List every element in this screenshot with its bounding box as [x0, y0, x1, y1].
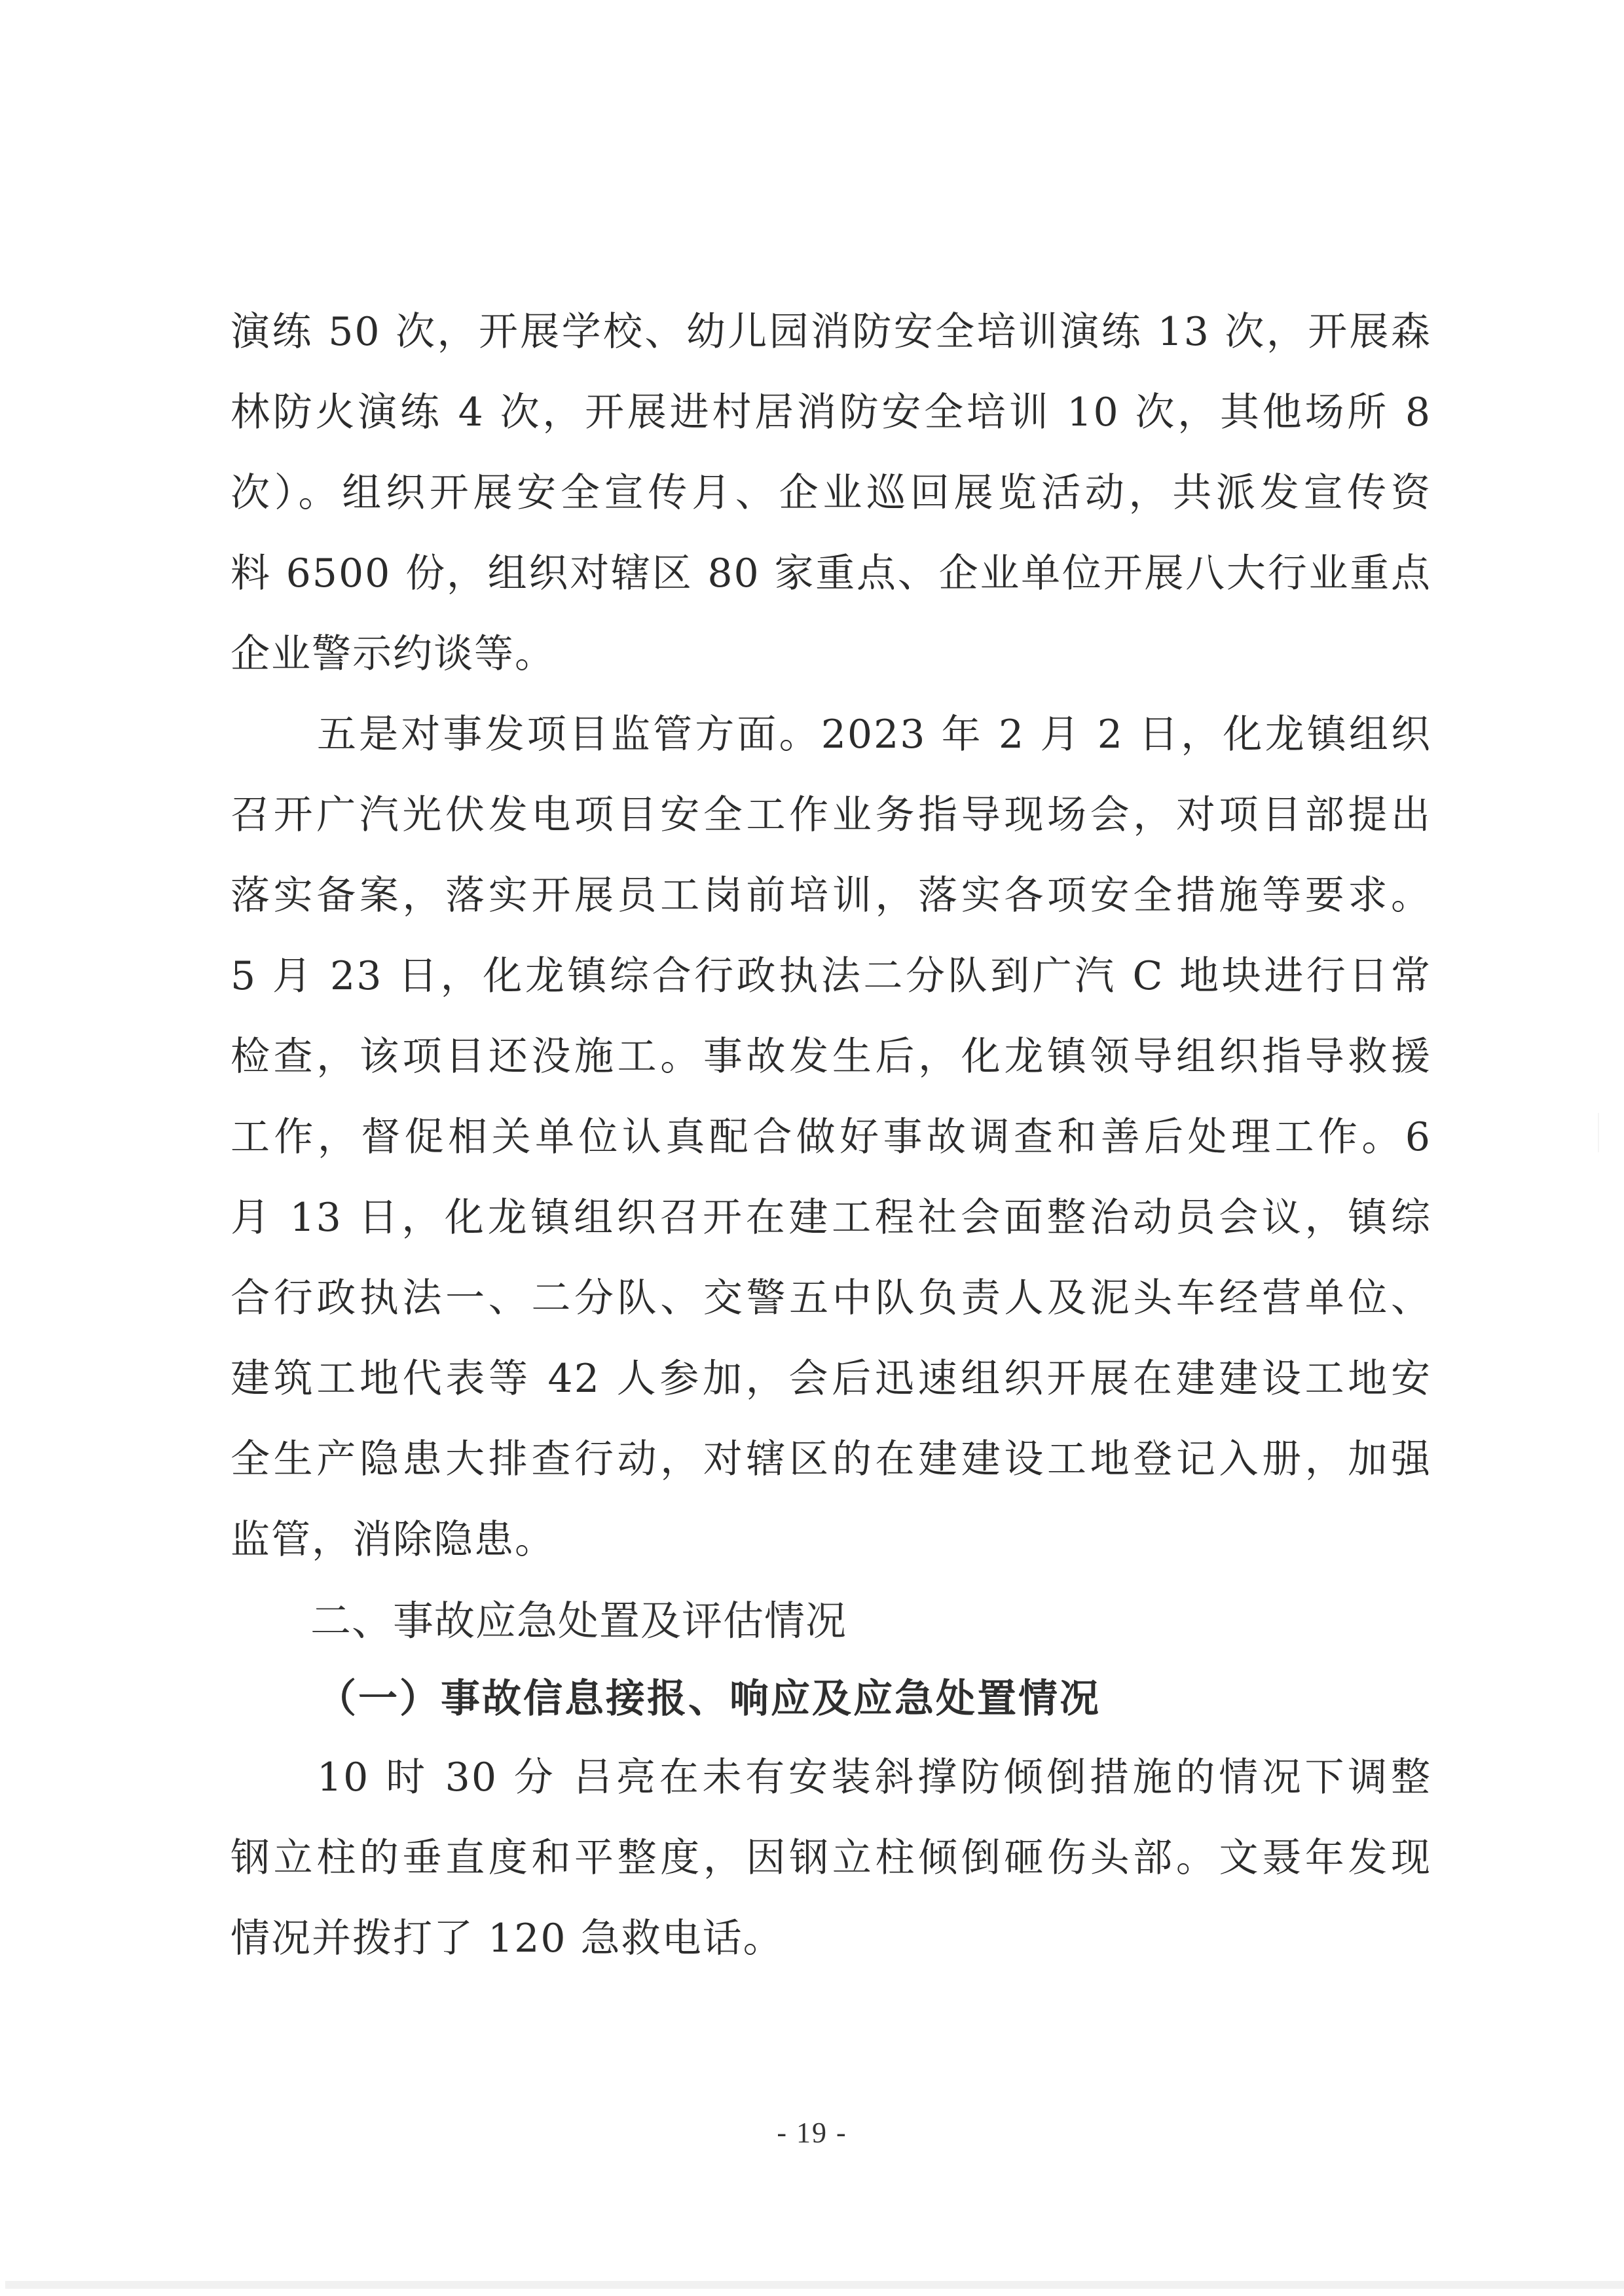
text-line: 工作，督促相关单位认真配合做好事故调查和善后处理工作。6	[231, 1097, 1431, 1178]
text-line: 演练 50 次，开展学校、幼儿园消防安全培训演练 13 次，开展森	[231, 292, 1431, 373]
text-line: 全生产隐患大排查行动，对辖区的在建建设工地登记入册，加强	[231, 1419, 1431, 1500]
text-line: 合行政执法一、二分队、交警五中队负责人及泥头车经营单位、	[231, 1258, 1431, 1339]
text-line: 10 时 30 分 吕亮在未有安装斜撑防倾倒措施的情况下调整	[231, 1738, 1431, 1818]
text-line: 月 13 日，化龙镇组织召开在建工程社会面整治动员会议，镇综	[231, 1178, 1431, 1258]
document-page: 演练 50 次，开展学校、幼儿园消防安全培训演练 13 次，开展森 林防火演练 …	[0, 0, 1624, 2296]
text-line: 钢立柱的垂直度和平整度，因钢立柱倾倒砸伤头部。文聂年发现	[231, 1818, 1431, 1899]
scan-edge-strip	[5, 2281, 1624, 2289]
text-line: 林防火演练 4 次，开展进村居消防安全培训 10 次，其他场所 8	[231, 373, 1431, 453]
paragraph-drill-statistics: 演练 50 次，开展学校、幼儿园消防安全培训演练 13 次，开展森 林防火演练 …	[231, 292, 1431, 695]
text-line: 情况并拨打了 120 急救电话。	[231, 1899, 1431, 1979]
text-line: 料 6500 份，组织对辖区 80 家重点、企业单位开展八大行业重点	[231, 534, 1431, 614]
text-line: 建筑工地代表等 42 人参加，会后迅速组织开展在建建设工地安	[231, 1339, 1431, 1419]
text-line: 企业警示约谈等。	[231, 614, 1431, 695]
text-line: 落实备案，落实开展员工岗前培训，落实各项安全措施等要求。	[231, 856, 1431, 936]
section-heading: 二、事故应急处置及评估情况	[231, 1580, 1431, 1659]
text-line: 次）。组织开展安全宣传月、企业巡回展览活动，共派发宣传资	[231, 453, 1431, 534]
subsection-heading: （一）事故信息接报、响应及应急处置情况	[231, 1659, 1431, 1738]
text-line: 召开广汽光伏发电项目安全工作业务指导现场会，对项目部提出	[231, 775, 1431, 856]
document-body: 演练 50 次，开展学校、幼儿园消防安全培训演练 13 次，开展森 林防火演练 …	[231, 292, 1431, 1979]
scan-artifact	[1598, 1113, 1599, 1152]
text-line: 5 月 23 日，化龙镇综合行政执法二分队到广汽 C 地块进行日常	[231, 936, 1431, 1017]
paragraph-project-supervision: 五是对事发项目监管方面。2023 年 2 月 2 日，化龙镇组织 召开广汽光伏发…	[231, 695, 1431, 1580]
paragraph-incident-report: 10 时 30 分 吕亮在未有安装斜撑防倾倒措施的情况下调整 钢立柱的垂直度和平…	[231, 1738, 1431, 1979]
page-number: - 19 -	[0, 2116, 1624, 2149]
text-line: 检查，该项目还没施工。事故发生后，化龙镇领导组织指导救援	[231, 1017, 1431, 1097]
text-line: 监管，消除隐患。	[231, 1500, 1431, 1580]
text-line: 五是对事发项目监管方面。2023 年 2 月 2 日，化龙镇组织	[231, 695, 1431, 775]
